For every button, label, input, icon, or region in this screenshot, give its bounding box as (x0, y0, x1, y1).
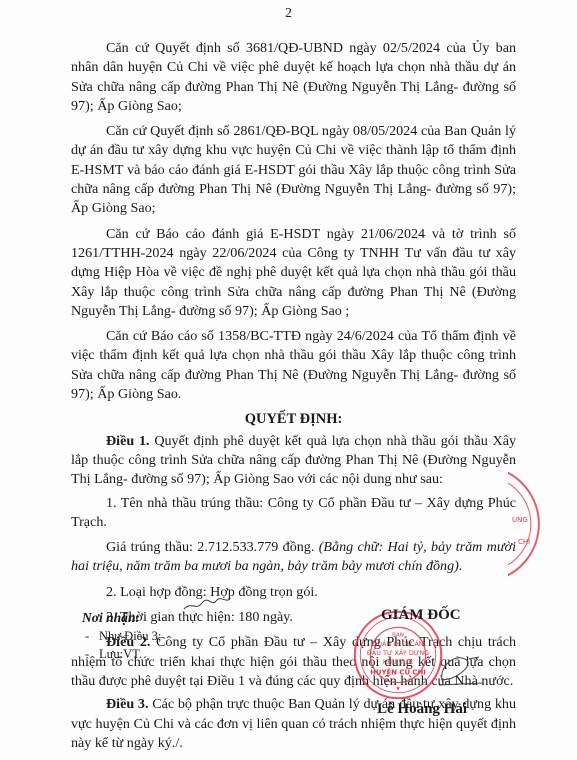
svg-text:UNG: UNG (512, 516, 528, 524)
svg-text:ĐẦU TƯ XÂY DỰNG: ĐẦU TƯ XÂY DỰNG (367, 647, 429, 657)
svg-text:★: ★ (396, 685, 401, 692)
svg-text:QUẢN LÝ DỰ ÁN: QUẢN LÝ DỰ ÁN (372, 639, 424, 648)
preamble-paragraph: Căn cứ Báo cáo số 1358/BC-TTĐ ngày 24/6/… (71, 327, 516, 404)
article-1-contract-type: 2. Loại hợp đồng: Hợp đồng trọn gói. (71, 583, 516, 602)
decision-heading: QUYẾT ĐỊNH: (71, 410, 516, 429)
svg-text:CHI: CHI (518, 538, 530, 546)
preamble-paragraph: Căn cứ Quyết định số 2861/QĐ-BQL ngày 08… (71, 122, 516, 218)
partial-seal-icon: UNG CHI (508, 462, 577, 582)
signer-title: GIÁM ĐỐC (381, 607, 461, 624)
svg-text:HUYỆN CỦ CHI: HUYỆN CỦ CHI (370, 666, 426, 676)
preamble-paragraph: Căn cứ Báo cáo đánh giá E-HSDT ngày 21/0… (71, 225, 516, 321)
signer-name: Lê Hoàng Hải (377, 701, 467, 718)
recipients-block: Nơi nhận: -Như Điều 3; -Lưu:VT. (82, 609, 161, 663)
signature-scribble-icon (433, 649, 488, 689)
article-1-label: Điều 1. (106, 433, 150, 449)
initials-scribble-icon (182, 593, 232, 613)
recipient-item: -Như Điều 3; (82, 627, 161, 645)
preamble-paragraph: Căn cứ Quyết định số 3681/QĐ-UBND ngày 0… (71, 39, 516, 116)
page-number: 2 (0, 5, 577, 21)
article-1-winner: 1. Tên nhà thầu trúng thầu: Công ty Cổ p… (71, 494, 516, 533)
article-3-label: Điều 3. (106, 696, 149, 712)
article-1-price: Giá trúng thầu: 2.712.533.779 đồng. (Bằn… (71, 538, 516, 577)
recipients-title: Nơi nhận: (82, 609, 161, 627)
article-1: Điều 1. Quyết định phê duyệt kết quả lựa… (71, 432, 516, 490)
price-value: Giá trúng thầu: 2.712.533.779 đồng. (106, 539, 319, 555)
svg-text:KHU VỰC: KHU VỰC (383, 658, 414, 666)
recipient-item: -Lưu:VT. (82, 645, 161, 663)
document-page: 2 Căn cứ Quyết định số 3681/QĐ-UBND ngày… (0, 0, 577, 760)
svg-text:BAN: BAN (392, 633, 404, 639)
